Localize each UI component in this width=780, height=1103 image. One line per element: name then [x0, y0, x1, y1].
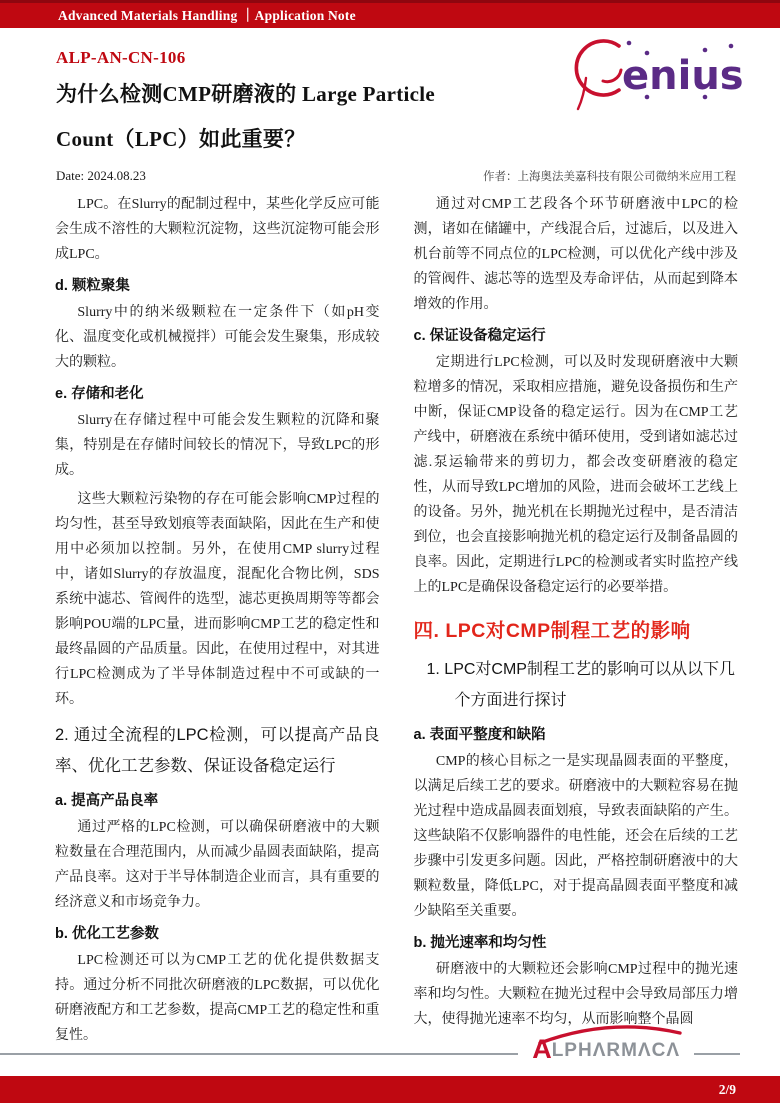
genius-logo-text: enius [622, 53, 744, 99]
genius-dot-icon [627, 41, 632, 46]
genius-logo-icon: enius [559, 30, 744, 115]
body-paragraph: 这些大颗粒污染物的存在可能会影响CMP过程的均匀性，甚至导致划痕等表面缺陷，因此… [55, 487, 380, 712]
body-paragraph: CMP的核心目标之一是实现晶圆表面的平整度，以满足后续工艺的要求。研磨液中的大颗… [414, 749, 739, 924]
body-paragraph: Slurry中的纳米级颗粒在一定条件下（如pH变化、温度变化或机械搅拌）可能会发… [55, 300, 380, 375]
subsection-heading: b. 抛光速率和均匀性 [414, 933, 739, 953]
genius-g-inner-arc [603, 70, 621, 82]
body-paragraph: 定期进行LPC检测，可以及时发现研磨液中大颗粒增多的情况，采取相应措施，避免设备… [414, 350, 739, 600]
genius-g-outer-arc [576, 41, 619, 95]
subsection-heading: e. 存储和老化 [55, 384, 380, 404]
body-paragraph: 通过严格的LPC检测，可以确保研磨液中的大颗粒数量在合理范围内，从而减少晶圆表面… [55, 815, 380, 915]
alpharmaca-logo: ALPHΛRMΛCΛ [532, 1027, 680, 1064]
genius-dot-icon [703, 48, 708, 53]
subsection-heading: a. 表面平整度和缺陷 [414, 725, 739, 745]
date-label: Date: 2024.08.23 [56, 168, 146, 184]
article-body: LPC。在Slurry的配制过程中，某些化学反应可能会生成不溶性的大颗粒沉淀物，… [55, 188, 738, 1048]
subsection-heading: c. 保证设备稳定运行 [414, 326, 739, 346]
banner-text: Advanced Materials Handling ｜Application… [0, 3, 356, 28]
top-banner: Advanced Materials Handling ｜Application… [0, 0, 780, 28]
genius-dot-icon [645, 95, 650, 100]
genius-dot-icon [729, 44, 734, 49]
footer-bar: 2/9 [0, 1076, 780, 1103]
document-header: ALP-AN-CN-106 为什么检测CMP研磨液的 Large Particl… [0, 28, 780, 168]
body-paragraph: LPC。在Slurry的配制过程中，某些化学反应可能会生成不溶性的大颗粒沉淀物，… [55, 192, 380, 267]
footer-rule-right [694, 1053, 740, 1055]
subsection-heading: d. 颗粒聚集 [55, 276, 380, 296]
right-column: 通过对CMP工艺段各个环节研磨液中LPC的检测，诸如在储罐中，产线混合后，过滤后… [414, 188, 739, 1048]
author-label: 作者：上海奥法美嘉科技有限公司微纳米应用工程 [483, 168, 736, 184]
alpharmaca-logo-text: LPHΛRMΛCΛ [552, 1040, 680, 1061]
body-paragraph: 研磨液中的大颗粒还会影响CMP过程中的抛光速率和均匀性。大颗粒在抛光过程中会导致… [414, 957, 739, 1032]
footer-rule: ALPHΛRMΛCΛ [0, 1030, 740, 1064]
page-title: 为什么检测CMP研磨液的 Large Particle Count（LPC）如此… [56, 72, 436, 162]
genius-logo: enius [559, 30, 744, 115]
subsection-heading: a. 提高产品良率 [55, 791, 380, 811]
subsection-heading: b. 优化工艺参数 [55, 924, 380, 944]
section-heading: 2. 通过全流程的LPC检测，可以提高产品良率、优化工艺参数、保证设备稳定运行 [55, 720, 380, 782]
body-paragraph: Slurry在存储过程中可能会发生颗粒的沉降和聚集，特别是在存储时间较长的情况下… [55, 408, 380, 483]
left-column: LPC。在Slurry的配制过程中，某些化学反应可能会生成不溶性的大颗粒沉淀物，… [55, 188, 380, 1048]
body-paragraph: 通过对CMP工艺段各个环节研磨液中LPC的检测，诸如在储罐中，产线混合后，过滤后… [414, 192, 739, 317]
alpharmaca-logo-a: A [532, 1034, 552, 1064]
numbered-item: 1. LPC对CMP制程工艺的影响可以从以下几个方面进行探讨 [414, 654, 739, 716]
page-number: 2/9 [719, 1076, 736, 1103]
genius-dot-icon [645, 51, 650, 56]
footer-rule-left [0, 1053, 518, 1055]
chapter-heading: 四. LPC对CMP制程工艺的影响 [414, 618, 739, 644]
genius-dot-icon [703, 95, 708, 100]
meta-row: Date: 2024.08.23 作者：上海奥法美嘉科技有限公司微纳米应用工程 [56, 168, 736, 184]
